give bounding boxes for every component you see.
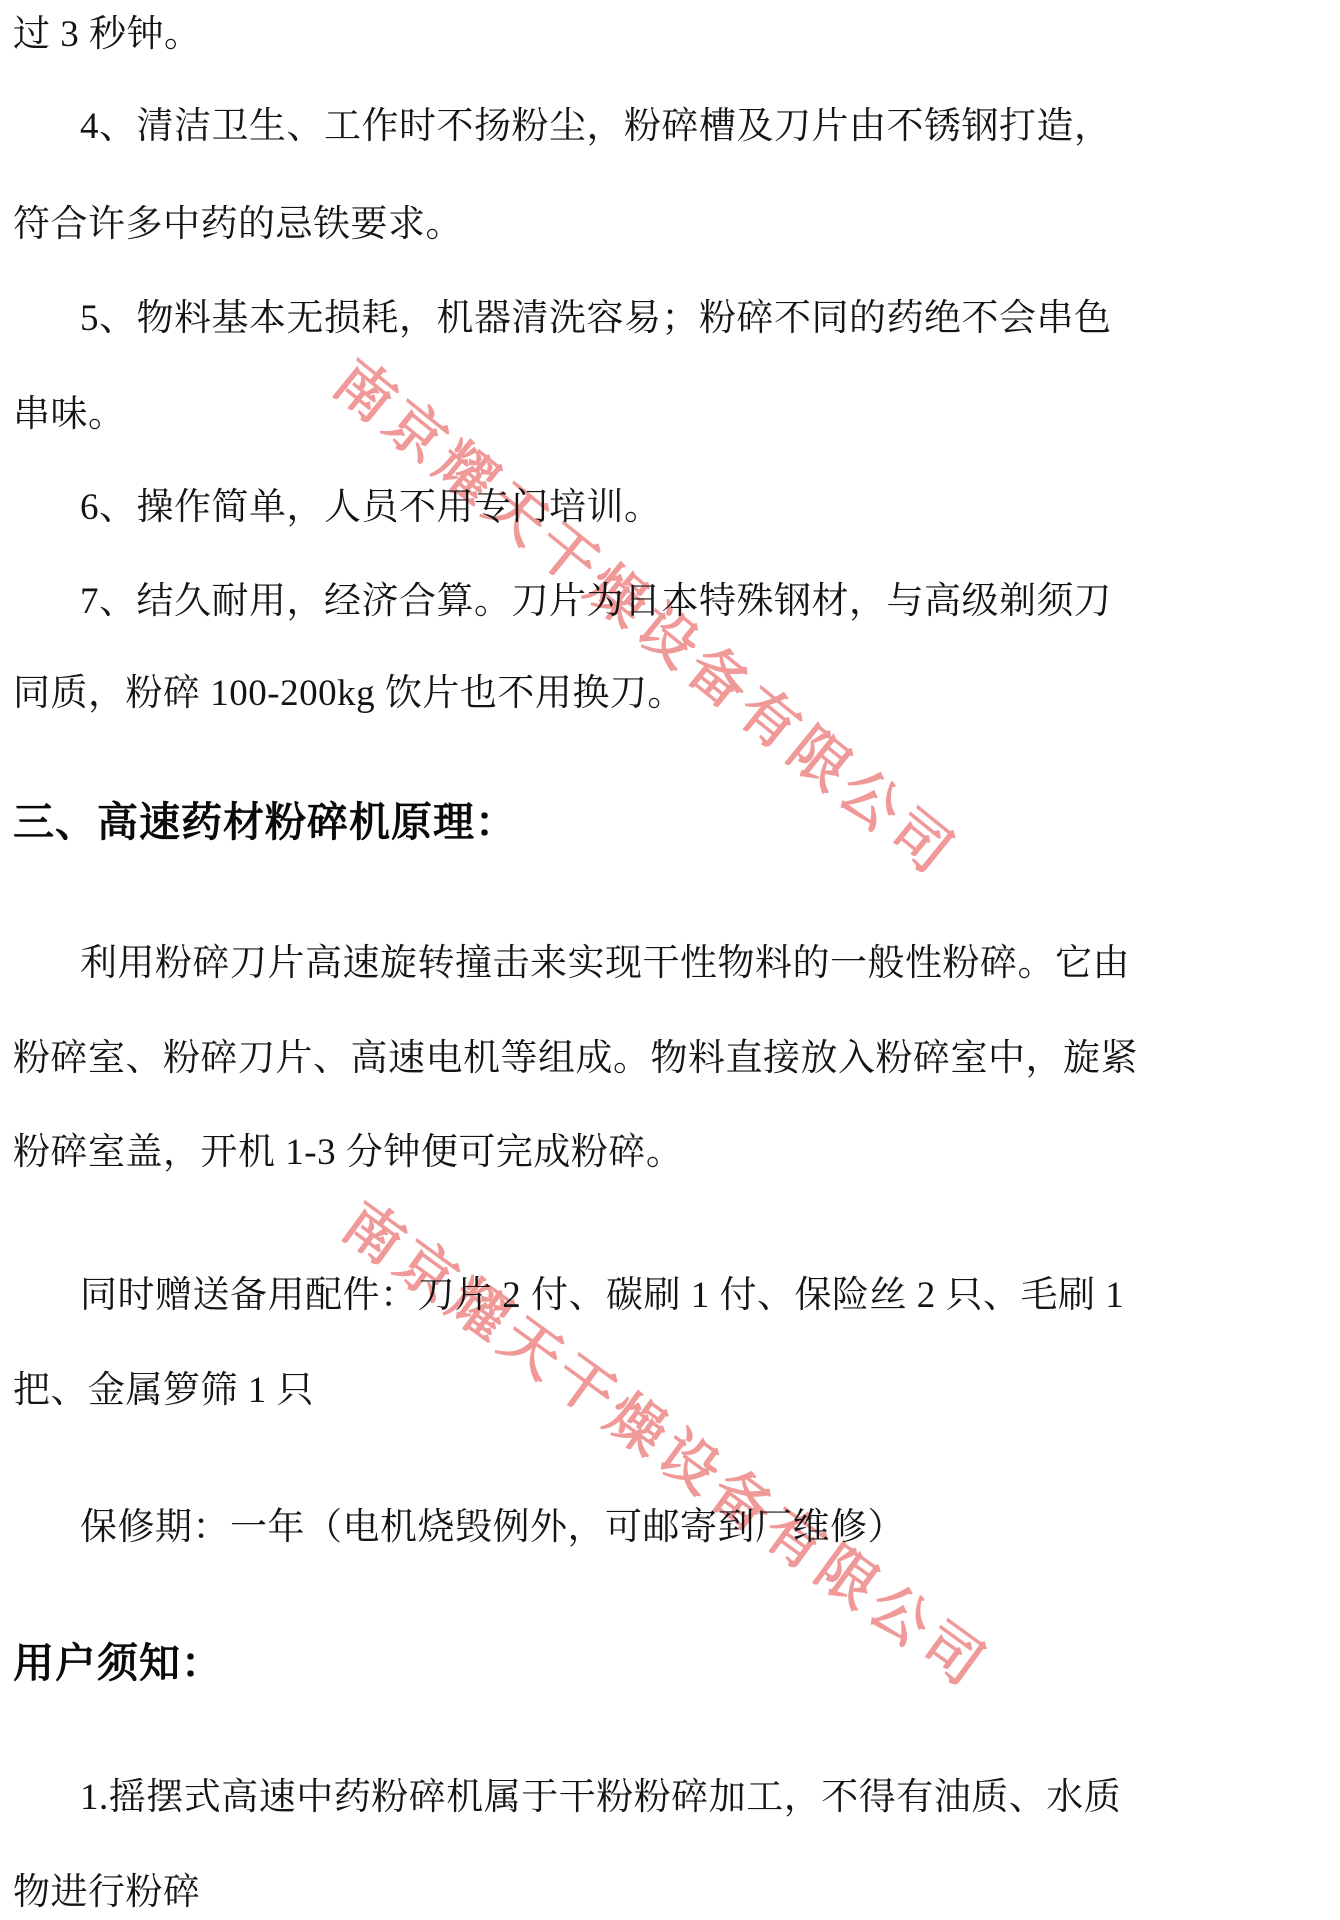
doc-line: 过 3 秒钟。 bbox=[13, 12, 202, 58]
doc-line: 符合许多中药的忌铁要求。 bbox=[13, 202, 463, 248]
company-watermark: 南京耀天干燥设备有限公司 bbox=[329, 1178, 1009, 1704]
doc-line: 利用粉碎刀片高速旋转撞击来实现干性物料的一般性粉碎。它由 bbox=[80, 941, 1130, 987]
doc-line: 保修期：一年（电机烧毁例外，可邮寄到厂维修） bbox=[80, 1505, 905, 1551]
section-heading-principle: 三、高速药材粉碎机原理： bbox=[13, 797, 517, 848]
doc-line: 物进行粉碎 bbox=[13, 1870, 201, 1916]
document-page: 南京耀天干燥设备有限公司 南京耀天干燥设备有限公司 过 3 秒钟。 4、清洁卫生… bbox=[0, 0, 1340, 1920]
doc-line: 粉碎室、粉碎刀片、高速电机等组成。物料直接放入粉碎室中，旋紧 bbox=[13, 1036, 1138, 1082]
doc-line: 粉碎室盖，开机 1-3 分钟便可完成粉碎。 bbox=[13, 1130, 683, 1176]
doc-line: 把、金属箩筛 1 只 bbox=[13, 1368, 314, 1414]
doc-line: 串味。 bbox=[13, 392, 126, 438]
doc-line: 5、物料基本无损耗，机器清洗容易；粉碎不同的药绝不会串色 bbox=[80, 296, 1112, 342]
doc-line: 同质，粉碎 100-200kg 饮片也不用换刀。 bbox=[13, 671, 685, 717]
doc-line: 7、结久耐用，经济合算。刀片为日本特殊钢材，与高级剃须刀 bbox=[80, 579, 1112, 625]
doc-line: 4、清洁卫生、工作时不扬粉尘，粉碎槽及刀片由不锈钢打造， bbox=[80, 104, 1112, 150]
doc-line: 1.摇摆式高速中药粉碎机属于干粉粉碎加工，不得有油质、水质 bbox=[80, 1775, 1121, 1821]
doc-line: 同时赠送备用配件：刀片 2 付、碳刷 1 付、保险丝 2 只、毛刷 1 bbox=[80, 1273, 1124, 1319]
section-heading-user-notice: 用户须知： bbox=[13, 1638, 223, 1689]
doc-line: 6、操作简单，人员不用专门培训。 bbox=[80, 485, 662, 531]
